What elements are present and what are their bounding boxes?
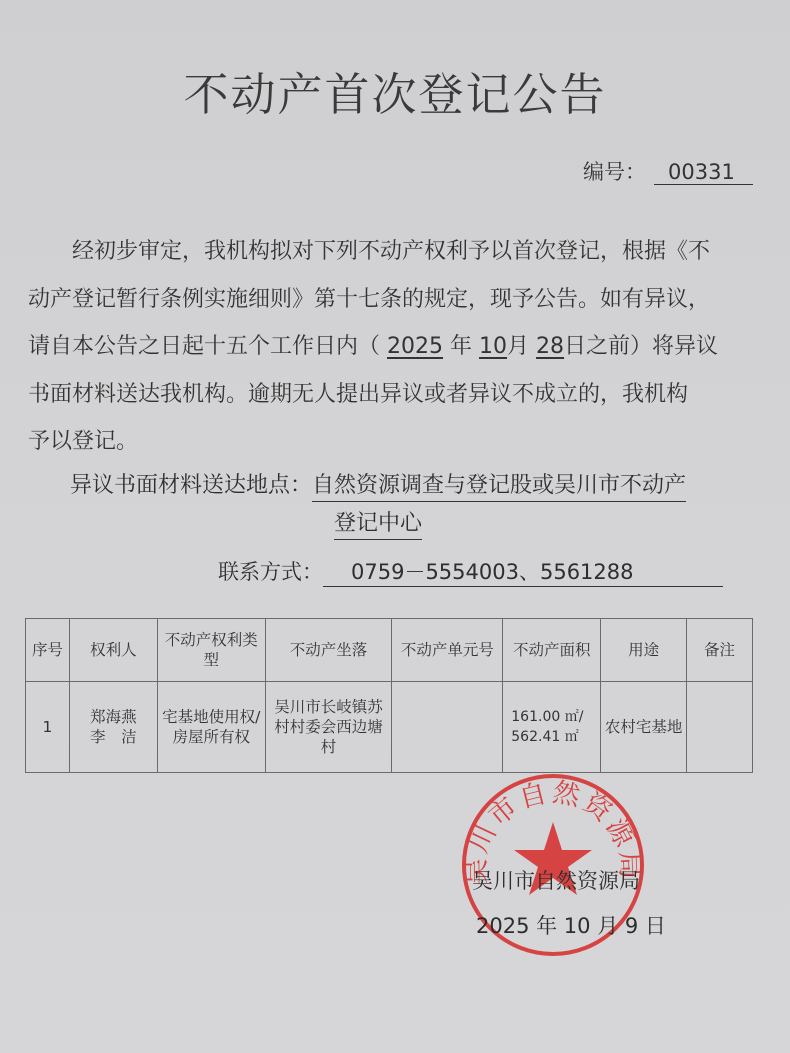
body-line: 动产登记暂行条例实施细则》第十七条的规定，现予公告。如有异议，: [28, 276, 760, 324]
month-unit: 月: [507, 334, 529, 359]
owner-name: 李 洁: [73, 727, 154, 747]
objection-address-label: 异议书面材料送达地点：: [70, 462, 312, 509]
objection-address-value: 自然资源调查与登记股或吴川市不动产: [312, 471, 686, 502]
table-header-row: 序号 权利人 不动产权利类型 不动产坐落 不动产单元号 不动产面积 用途 备注: [26, 619, 753, 682]
body-line-deadline: 请自本公告之日起十五个工作日内（ 2025 年 10月 28日之前）将异议: [28, 323, 760, 371]
col-header-index: 序号: [26, 619, 70, 682]
col-header-area: 不动产面积: [503, 619, 601, 682]
cell-usage: 农村宅基地: [601, 682, 687, 773]
issuing-organization: 吴川市自然资源局: [472, 865, 640, 895]
contact-info: 联系方式：0759－5554003、5561288: [218, 556, 723, 587]
body-line: 经初步审定，我机构拟对下列不动产权利予以首次登记，根据《不: [28, 228, 760, 276]
cell-unit-no: [392, 682, 503, 773]
contact-value: 0759－5554003、5561288: [323, 558, 723, 587]
document-number-label: 编号：: [583, 160, 646, 184]
deadline-day: 28: [536, 334, 564, 359]
cell-area: 161.00 ㎡/562.41 ㎡: [503, 682, 601, 773]
document-number: 编号：00331: [583, 156, 753, 186]
area-land: 161.00 ㎡/: [511, 707, 597, 727]
col-header-owner: 权利人: [69, 619, 157, 682]
cell-location: 吴川市长岐镇苏村村委会西边塘村: [265, 682, 392, 773]
document-number-value: 00331: [654, 160, 753, 185]
notice-body: 经初步审定，我机构拟对下列不动产权利予以首次登记，根据《不 动产登记暂行条例实施…: [28, 228, 760, 466]
objection-address: 异议书面材料送达地点：自然资源调查与登记股或吴川市不动产: [70, 462, 686, 509]
deadline-prefix: 请自本公告之日起十五个工作日内（: [28, 334, 380, 359]
col-header-right-type: 不动产权利类型: [157, 619, 265, 682]
owner-name: 郑海燕: [73, 707, 154, 727]
issue-date: 2025 年 10 月 9 日: [476, 910, 666, 940]
body-line: 书面材料送达我机构。逾期无人提出异议或者异议不成立的，我机构: [28, 371, 760, 419]
deadline-month: 10: [479, 334, 507, 359]
year-unit: 年: [450, 334, 472, 359]
col-header-remark: 备注: [687, 619, 753, 682]
cell-remark: [687, 682, 753, 773]
objection-address-value-2: 登记中心: [334, 509, 422, 540]
registration-table: 序号 权利人 不动产权利类型 不动产坐落 不动产单元号 不动产面积 用途 备注 …: [25, 618, 753, 773]
body-line: 予以登记。: [28, 418, 760, 466]
table-row: 1 郑海燕李 洁 宅基地使用权/房屋所有权 吴川市长岐镇苏村村委会西边塘村 16…: [26, 682, 753, 773]
area-building: 562.41 ㎡: [511, 727, 597, 747]
col-header-unit-no: 不动产单元号: [392, 619, 503, 682]
objection-address-continued: 登记中心: [334, 509, 422, 540]
deadline-suffix: 日之前）将异议: [564, 334, 718, 359]
contact-label: 联系方式：: [218, 560, 323, 584]
col-header-usage: 用途: [601, 619, 687, 682]
cell-index: 1: [26, 682, 70, 773]
col-header-location: 不动产坐落: [265, 619, 392, 682]
deadline-year: 2025: [387, 334, 443, 359]
cell-right-type: 宅基地使用权/房屋所有权: [157, 682, 265, 773]
page-title: 不动产首次登记公告: [0, 58, 790, 123]
cell-owner: 郑海燕李 洁: [69, 682, 157, 773]
